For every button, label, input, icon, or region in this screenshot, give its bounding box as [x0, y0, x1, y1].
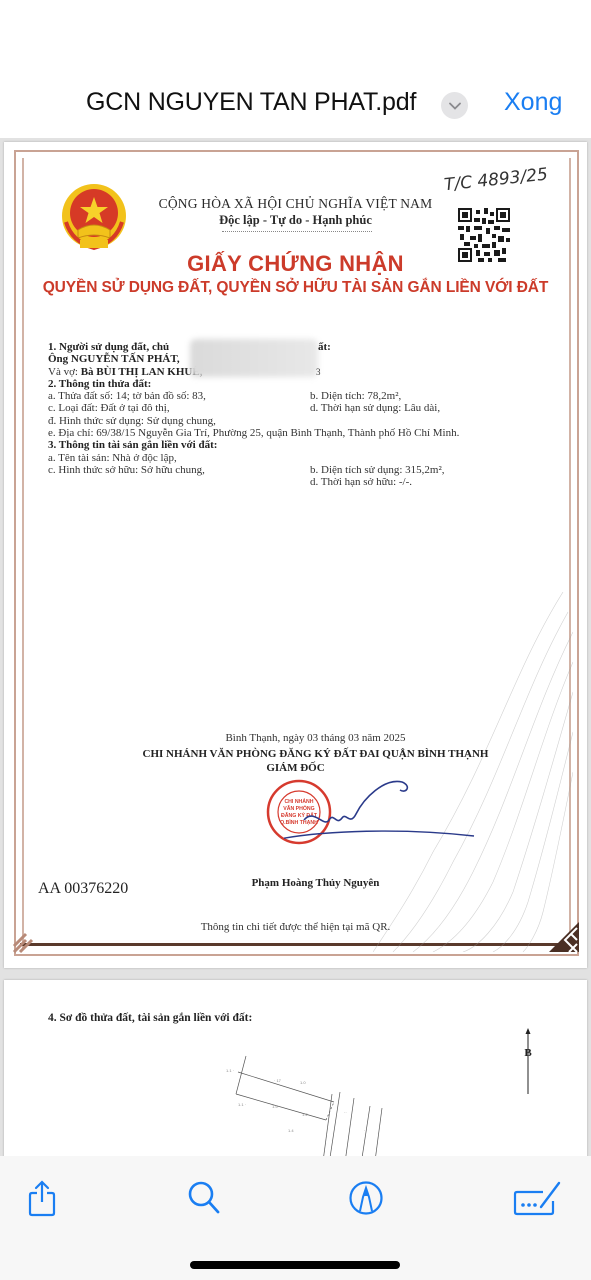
search-button[interactable] [184, 1178, 224, 1218]
signer-name: Phạm Hoàng Thủy Nguyên [4, 877, 587, 889]
svg-text:1.0: 1.0 [300, 1080, 306, 1085]
certificate-title: GIẤY CHỨNG NHẬN [4, 251, 587, 277]
asset-name: a. Tên tài sản: Nhà ở độc lập, [48, 452, 459, 464]
land-area: b. Diện tích: 78,2m², [310, 390, 440, 402]
section2-right: b. Diện tích: 78,2m², d. Thời hạn sử dụn… [310, 390, 440, 415]
section2-heading: 2. Thông tin thửa đất: [48, 378, 459, 390]
svg-text:1.2: 1.2 [302, 1112, 308, 1117]
svg-text:·: · [364, 1128, 365, 1133]
section3-heading: 3. Thông tin tài sản gắn liền với đất: [48, 439, 459, 451]
floor-area: b. Diện tích sử dụng: 315,2m², [310, 464, 445, 476]
section1-heading-tail: ất: [318, 341, 331, 353]
section3-right: b. Diện tích sử dụng: 315,2m², d. Thời h… [310, 464, 445, 489]
land-use-term: d. Thời hạn sử dụng: Lâu dài, [310, 402, 440, 414]
ownership-term: d. Thời hạn sở hữu: -/-. [310, 476, 445, 488]
navigation-bar: GCN NGUYEN TAN PHAT.pdf Xong [0, 0, 591, 138]
pdf-viewer[interactable]: CỘNG HÒA XÃ HỘI CHỦ NGHĨA VIỆT NAM Độc l… [0, 138, 591, 1156]
place-date: Bình Thạnh, ngày 03 tháng 03 năm 2025 [4, 732, 587, 744]
issuing-agency: CHI NHÁNH VĂN PHÒNG ĐĂNG KÝ ĐẤT ĐAI QUẬN… [4, 748, 587, 760]
north-label: B [524, 1047, 532, 1059]
land-address: e. Địa chỉ: 69/38/15 Nguyễn Gia Trí, Phư… [48, 427, 459, 439]
share-button[interactable] [22, 1178, 62, 1218]
section1-heading: 1. Người sử dụng đất, chủ [48, 341, 169, 353]
motto-underline [222, 231, 372, 232]
pdf-page-1: CỘNG HÒA XÃ HỘI CHỦ NGHĨA VIỆT NAM Độc l… [4, 142, 587, 968]
document-title[interactable]: GCN NGUYEN TAN PHAT.pdf [86, 88, 416, 117]
svg-text:1.1 ·: 1.1 · [238, 1102, 246, 1107]
land-use-form: đ. Hình thức sử dụng: Sử dụng chung, [48, 415, 459, 427]
svg-text:··: ·· [344, 1110, 347, 1115]
signature [284, 768, 484, 858]
redacted-tail: 3 [316, 366, 321, 378]
owner-name: Ông NGUYỄN TẤN PHÁT, [48, 353, 180, 365]
section4-heading: 4. Sơ đồ thửa đất, tài sản gắn liền với … [48, 1012, 252, 1024]
spouse-name: Bà BÙI THỊ LAN KHUÊ, [81, 366, 203, 378]
qr-footer-note: Thông tin chi tiết được thể hiện tại mã … [4, 921, 587, 933]
share-icon [26, 1179, 58, 1217]
spouse-prefix: Và vợ: [48, 366, 81, 378]
redacted-region [190, 339, 318, 377]
certificate-subtitle: QUYỀN SỬ DỤNG ĐẤT, QUYỀN SỞ HỮU TÀI SẢN … [4, 279, 587, 297]
signature-icon [513, 1179, 563, 1217]
svg-text:1.1 ·: 1.1 · [226, 1068, 234, 1073]
land-plot-diagram: 1.1 ·· 171.0 1.1 ·1.51.2 1.4··· [224, 1054, 404, 1156]
chevron-down-icon[interactable] [441, 92, 468, 119]
search-icon [186, 1179, 222, 1217]
svg-text:· 17: · 17 [274, 1078, 282, 1083]
done-button[interactable]: Xong [504, 88, 562, 117]
pdf-page-2: 4. Sơ đồ thửa đất, tài sản gắn liền với … [4, 980, 587, 1156]
svg-text:1.5: 1.5 [272, 1104, 278, 1109]
north-arrow-icon: B [518, 1028, 538, 1094]
markup-pen-icon [348, 1180, 384, 1216]
markup-button[interactable] [346, 1178, 386, 1218]
svg-text:1.4: 1.4 [288, 1128, 294, 1133]
home-indicator[interactable] [190, 1261, 400, 1269]
signature-button[interactable] [512, 1178, 564, 1218]
